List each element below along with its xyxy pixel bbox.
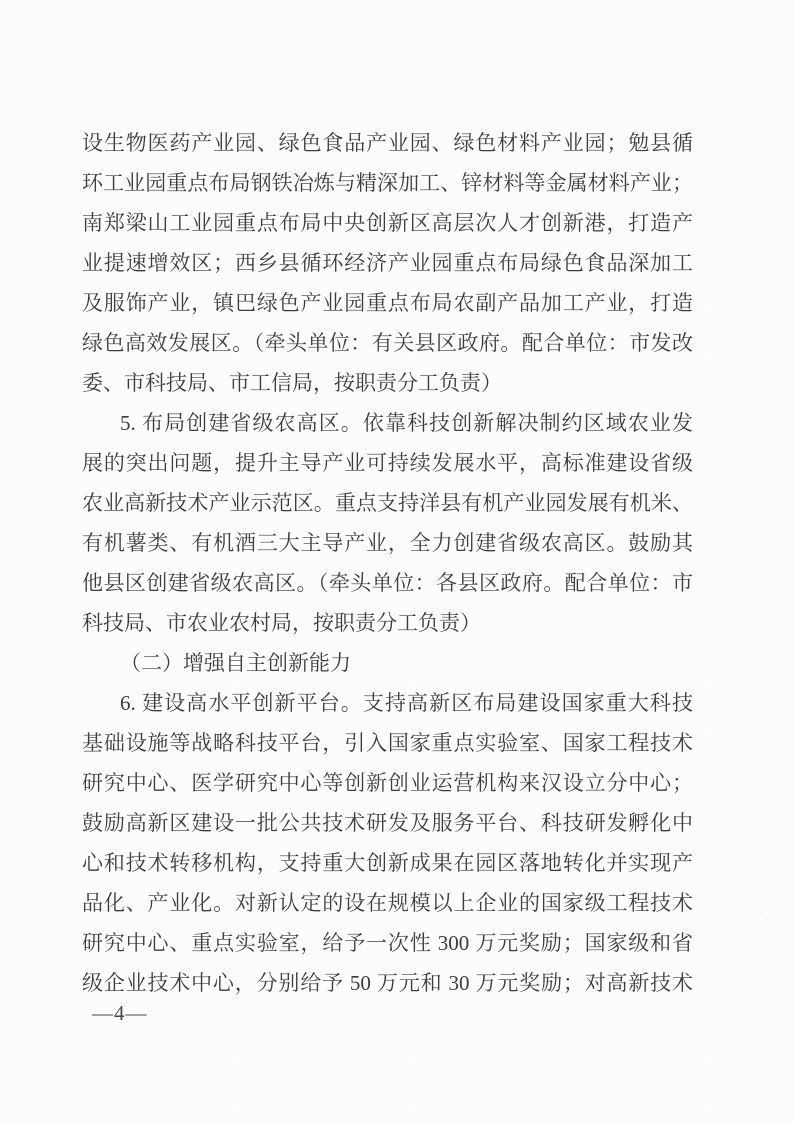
text-line: 有机薯类、有机酒三大主导产业，全力创建省级农高区。鼓励其 [82, 523, 693, 563]
text-line: 研究中心、医学研究中心等创新创业运营机构来汉设立分中心； [82, 763, 693, 803]
text-line: 级企业技术中心，分别给予 50 万元和 30 万元奖励；对高新技术 [82, 963, 693, 1003]
text-line: 及服饰产业，镇巴绿色产业园重点布局农副产品加工产业，打造 [82, 283, 693, 323]
text-line: 基础设施等战略科技平台，引入国家重点实验室、国家工程技术 [82, 723, 693, 763]
page-number: —4— [92, 993, 148, 1033]
text-line: 业提速增效区；西乡县循环经济产业园重点布局绿色食品深加工 [82, 243, 693, 283]
text-line: 设生物医药产业园、绿色食品产业园、绿色材料产业园；勉县循 [82, 123, 693, 163]
document-page: 设生物医药产业园、绿色食品产业园、绿色材料产业园；勉县循 环工业园重点布局钢铁冶… [0, 0, 794, 1122]
section-heading-line: （二）增强自主创新能力 [82, 643, 693, 683]
text-line: 南郑梁山工业园重点布局中央创新区高层次人才创新港，打造产 [82, 203, 693, 243]
text-line-paragraph-start-item-6: 6. 建设高水平创新平台。支持高新区布局建设国家重大科技 [82, 683, 693, 723]
text-line-paragraph-end: 科技局、市农业农村局，按职责分工负责） [82, 603, 693, 643]
text-line: 环工业园重点布局钢铁冶炼与精深加工、锌材料等金属材料产业； [82, 163, 693, 203]
text-line: 他县区创建省级农高区。（牵头单位：各县区政府。配合单位：市 [82, 563, 693, 603]
text-line: 鼓励高新区建设一批公共技术研发及服务平台、科技研发孵化中 [82, 803, 693, 843]
text-line: 品化、产业化。对新认定的设在规模以上企业的国家级工程技术 [82, 883, 693, 923]
document-body-text: 设生物医药产业园、绿色食品产业园、绿色材料产业园；勉县循 环工业园重点布局钢铁冶… [82, 123, 693, 1003]
text-line: 心和技术转移机构，支持重大创新成果在园区落地转化并实现产 [82, 843, 693, 883]
text-line-paragraph-end: 委、市科技局、市工信局，按职责分工负责） [82, 363, 693, 403]
text-line-paragraph-start-item-5: 5. 布局创建省级农高区。依靠科技创新解决制约区域农业发 [82, 403, 693, 443]
text-line: 农业高新技术产业示范区。重点支持洋县有机产业园发展有机米、 [82, 483, 693, 523]
text-line: 绿色高效发展区。（牵头单位：有关县区政府。配合单位：市发改 [82, 323, 693, 363]
text-line: 展的突出问题，提升主导产业可持续发展水平，高标准建设省级 [82, 443, 693, 483]
text-line: 研究中心、重点实验室，给予一次性 300 万元奖励；国家级和省 [82, 923, 693, 963]
